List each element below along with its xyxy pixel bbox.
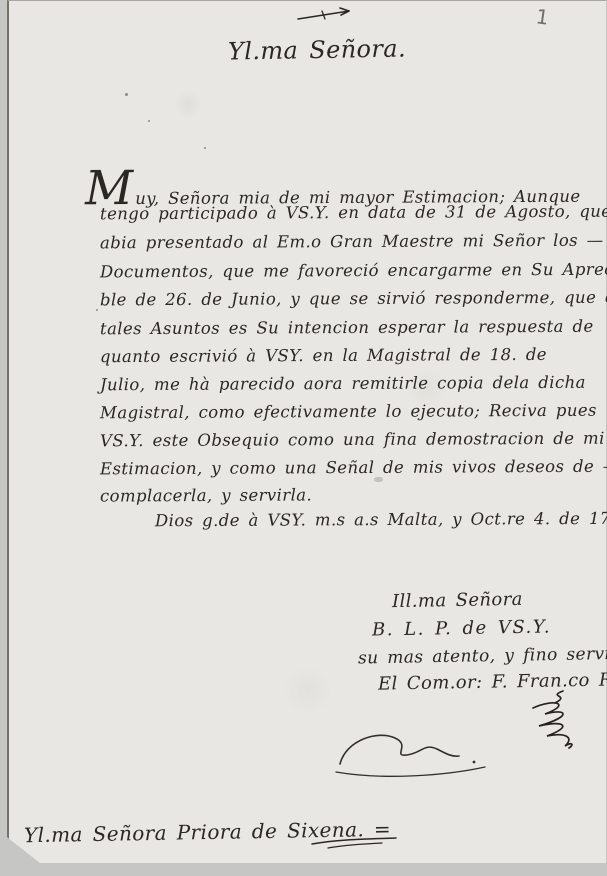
closing-servant: su mas atento, y fino servi.or: [358,644,607,669]
scanned-letter-page: 1 Yl.ma Señora. Muy, Señora mia de mi ma… [0,0,607,876]
letter-heading: Yl.ma Señora. [228,34,406,65]
dateline: Dios g.de à VSY. m.s a.s Malta, y Oct.re… [155,509,607,531]
body-line: tales Asuntos es Su intencion esperar la… [100,317,594,339]
double-dash-flourish-icon [310,835,400,849]
closing-salutation: Ill.ma Señora [392,589,523,612]
body-line: tengo participado à VS.Y. en data de 31 … [100,202,607,224]
body-line: Documentos, que me favoreció encargarme … [100,260,607,282]
body-line: quanto escrivió à VSY. en la Magistral d… [100,345,547,366]
ink-speck [125,93,128,96]
ink-speck [204,147,206,149]
ink-speck [148,120,150,122]
closing-swirl-flourish-icon [332,722,496,780]
ink-speck [96,309,98,311]
body-line: ble de 26. de Junio, y que se sirvió res… [100,288,607,310]
ink-smudge [374,477,383,482]
closing-blp: B. L. P. de VS.Y. [372,616,551,640]
body-line: abia presentado al Em.o Gran Maestre mi … [100,231,604,253]
signature-rubric-flourish-icon [525,688,577,750]
body-line: Estimacion, y como una Señal de mis vivo… [100,457,607,479]
body-line: Magistral, como efectivamente lo ejecuto… [100,401,597,423]
body-line: complacerla, y servirla. [100,485,312,505]
pen-arrow-icon [295,5,361,23]
body-line: VS.Y. este Obsequio como una fina demost… [100,429,605,451]
body-line: Julio, me hà parecido aora remitirle cop… [100,373,586,395]
